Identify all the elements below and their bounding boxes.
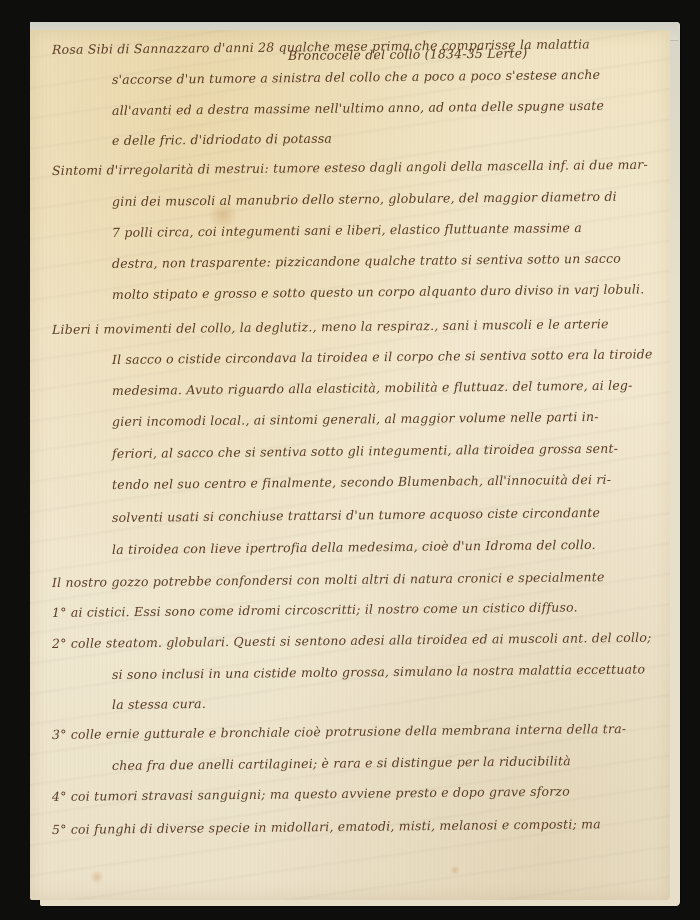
manuscript-line-margin-start: 3° colle ernie gutturale e bronchiale ci… <box>52 721 626 742</box>
foxing-stain <box>90 870 104 884</box>
foxing-stain <box>450 865 460 875</box>
manuscript-page: Broncocele del collo (1834-35 Lerte) Ros… <box>30 30 670 900</box>
manuscript-line: medesima. Avuto riguardo alla elasticità… <box>112 378 633 398</box>
manuscript-line-margin-start: Il nostro gozzo potrebbe confondersi con… <box>52 569 605 590</box>
manuscript-line: la stessa cura. <box>112 696 206 712</box>
manuscript-line: all'avanti ed a destra massime nell'ulti… <box>112 98 604 118</box>
manuscript-line: solventi usati si conchiuse trattarsi d'… <box>112 505 600 525</box>
manuscript-line: chea fra due anelli cartilaginei; è rara… <box>112 753 571 773</box>
manuscript-line: gieri incomodi local., ai sintomi genera… <box>112 409 599 429</box>
manuscript-line: tendo nel suo centro e finalmente, secon… <box>112 472 611 492</box>
manuscript-line: s'accorse d'un tumore a sinistra del col… <box>112 67 600 87</box>
manuscript-line: gini dei muscoli al manubrio dello stern… <box>112 189 617 209</box>
manuscript-line-margin-start: 2° colle steatom. globulari. Questi si s… <box>52 630 652 651</box>
manuscript-line: la tiroidea con lieve ipertrofia della m… <box>112 537 596 557</box>
manuscript-line-margin-start: 1° ai cistici. Essi sono come idromi cir… <box>52 599 578 620</box>
manuscript-line-margin-start: 4° coi tumori stravasi sanguigni; ma que… <box>52 784 570 804</box>
manuscript-line: si sono inclusi in una cistide molto gro… <box>112 661 645 682</box>
manuscript-line-margin-start: Sintomi d'irregolarità di mestrui: tumor… <box>52 157 648 178</box>
manuscript-line: destra, non trasparente: pizzicandone qu… <box>112 251 621 271</box>
manuscript-line: feriori, al sacco che si sentiva sotto g… <box>112 441 618 461</box>
manuscript-line-margin-start: 5° coi funghi di diverse specie in midol… <box>52 816 601 837</box>
manuscript-line: molto stipato e grosso e sotto questo un… <box>112 281 645 302</box>
manuscript-line: 7 polli circa, coi integumenti sani e li… <box>112 220 582 240</box>
manuscript-line: e delle fric. d'idriodato di potassa <box>112 131 332 148</box>
scan-background: Broncocele del collo (1834-35 Lerte) Ros… <box>0 0 700 920</box>
manuscript-line: Il sacco o cistide circondava la tiroide… <box>112 346 653 367</box>
manuscript-line-margin-start: Liberi i movimenti del collo, la degluti… <box>52 316 609 337</box>
